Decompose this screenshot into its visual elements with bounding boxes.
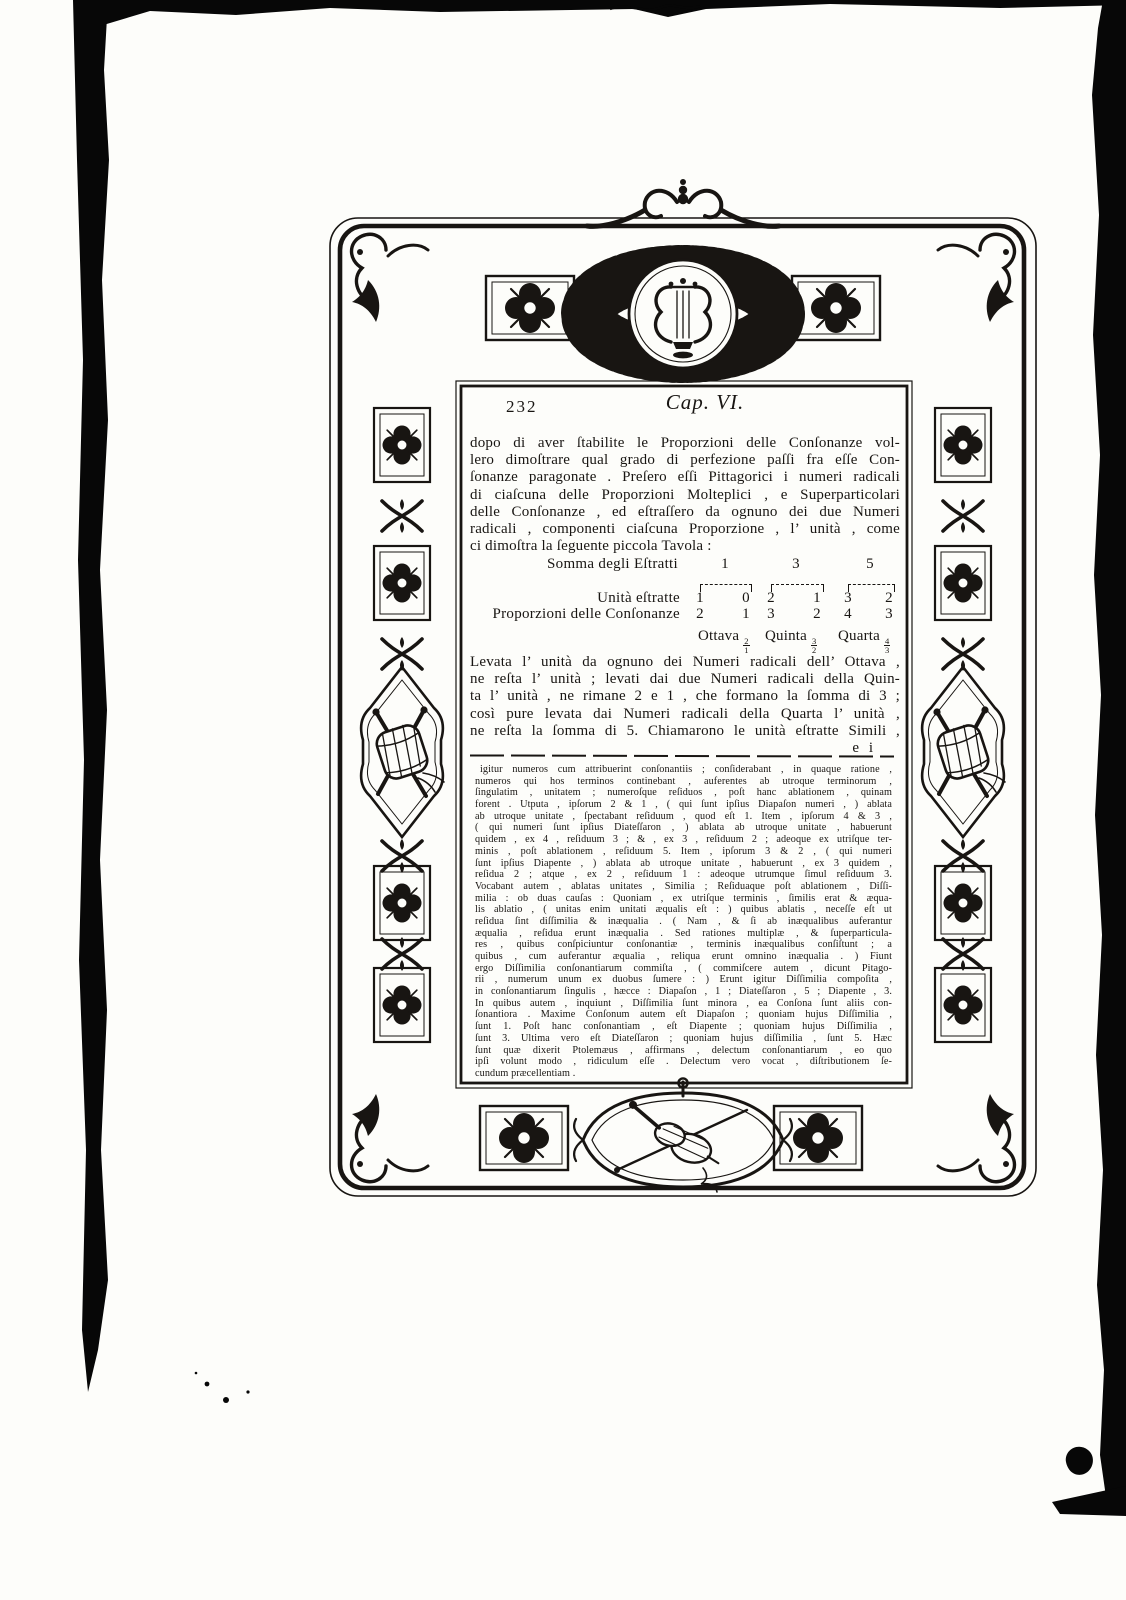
table-value: 5 [863, 556, 877, 573]
chapter-heading: Cap. VI. [510, 394, 900, 411]
footnote-line: ( qui numeri ſunt ipſius Diateſſaron , )… [475, 822, 892, 834]
table-value: 1 [718, 556, 732, 573]
interval-name: Quarta [838, 628, 880, 644]
footnote-line: quibus , cum auferantur æqualia , reliqu… [475, 951, 892, 963]
table-value: 3 [882, 606, 896, 623]
latin-footnote: igitur numeros cum attribuerint conſonan… [475, 764, 892, 1080]
quatrefoil-flower-right-1 [935, 408, 991, 482]
footnote-line: æqualia , reſidua erunt inæqualia . Sed … [475, 928, 892, 940]
interval-ottava: Ottava21 [698, 628, 750, 654]
drum-trophy-right [922, 667, 1005, 837]
footnote-line: forent . Utputa , ipſorum 2 & 1 , ( qui … [475, 799, 892, 811]
footnote-line: ipſi volunt modo , ridiculum eſſe . Dele… [475, 1056, 892, 1068]
footnote-line: ſunt quæ dixerit Ptolemæus , affirmans ,… [475, 1045, 892, 1057]
interval-name: Ottava [698, 628, 739, 644]
footnote-line: ſonantiora . Maxime Conſonum autem eſt D… [475, 1009, 892, 1021]
footnote-line: in conſonantiarum ſingulis , hæcce : Dia… [475, 986, 892, 998]
text-block: 232 Cap. VI. dopo di aver ſtabilite le P… [470, 392, 900, 1092]
interval-ratio: 43 [884, 637, 890, 654]
ratio-denominator: 3 [884, 646, 890, 654]
footnote-line: minis , poſt ablationem , reſiduum 5. It… [475, 846, 892, 858]
text-line: lero dimoſtrare qual grado di perfezione… [470, 452, 900, 469]
table-value: 1 [693, 590, 707, 607]
footnote-line: ſunt 1. Poſt hanc conſonantiam , eſt Dia… [475, 1021, 892, 1033]
table-value: 3 [841, 590, 855, 607]
footnote-line: numeros qui hos terminos continebant , a… [475, 776, 892, 788]
text-line: di ciaſcuna delle Proporzioni Molteplici… [470, 487, 900, 504]
scanned-book-page: { "page": { "number": "232", "chapter_he… [0, 0, 1126, 1600]
table-value: 2 [693, 606, 707, 623]
footnote-line: reſidua ſint diſſimilia & inæqualia . ( … [475, 916, 892, 928]
quatrefoil-flower-left-3 [374, 866, 430, 940]
violin-cartouche [574, 1078, 792, 1192]
lyre-sunburst-medallion [588, 260, 778, 368]
text-line: così pure levata dai Numeri radicali del… [470, 706, 900, 723]
footnote-line: lis ablatio , ( unitas enim unitati æqua… [475, 904, 892, 916]
interval-quinta: Quinta32 [765, 628, 817, 654]
footnote-line: milia : ob duas cauſas : Quoniam , ex ut… [475, 893, 892, 905]
scan-corner-bottom-right [1052, 1486, 1126, 1516]
ribbon-cross-left-4 [382, 937, 422, 971]
footnote-line: ab utroque unitate , ſpectabant reſiduum… [475, 811, 892, 823]
ratio-denominator: 2 [811, 646, 817, 654]
ink-speck [246, 1390, 249, 1393]
table-value: 2 [882, 590, 896, 607]
ink-speck [195, 1372, 198, 1375]
quatrefoil-flower-bottom-right [774, 1106, 862, 1170]
table-value: 3 [764, 606, 778, 623]
quatrefoil-flower-right-4 [935, 968, 991, 1042]
table-value: 0 [739, 590, 753, 607]
crest-ornament [587, 179, 779, 226]
footnote-line: In quibus autem , inquiunt , Diſſimilia … [475, 998, 892, 1010]
corner-scroll-bottom-left [352, 1094, 429, 1182]
paragraph-1: dopo di aver ſtabilite le Proporzioni de… [470, 435, 900, 555]
footnote-line: res , quibus conſpiciuntur conſonantiæ ,… [475, 939, 892, 951]
quatrefoil-flower-right-2 [935, 546, 991, 620]
text-line: Levata l’ unità da ognuno dei Numeri rad… [470, 654, 900, 671]
row-label: Unità eſtratte [530, 590, 680, 607]
quatrefoil-flower-top-left [486, 276, 574, 340]
proportions-table: Somma degli Eſtratti 1 3 5 Unità eſtratt… [470, 554, 900, 654]
ratio-denominator: 1 [743, 646, 749, 654]
scan-edge-right [1092, 0, 1126, 1502]
ribbon-cross-left-1 [382, 499, 422, 533]
text-line: dopo di aver ſtabilite le Proporzioni de… [470, 435, 900, 452]
footnote-line: ſunt 3. Ultima vero eſt Diateſſaron ; qu… [475, 1033, 892, 1045]
quatrefoil-flower-right-3 [935, 866, 991, 940]
text-line: radicali , componenti ciaſcuna Proporzio… [470, 521, 900, 538]
row-label: Somma degli Eſtratti [510, 556, 678, 573]
ink-speck [205, 1382, 210, 1387]
corner-scroll-top-left [352, 234, 429, 322]
violin-and-bow-icon [614, 1100, 747, 1192]
ink-speck [223, 1397, 229, 1403]
corner-scroll-bottom-right [938, 1094, 1015, 1182]
text-line: ne reſta la ſomma di 5. Chiamarono le un… [470, 723, 900, 740]
quatrefoil-flower-top-right [792, 276, 880, 340]
quatrefoil-flower-left-2 [374, 546, 430, 620]
footnote-line: reſidua 2 ; atque , ex 2 , reſiduum 1 : … [475, 869, 892, 881]
text-line: ta l’ unità , ne rimane 2 e 1 , che form… [470, 688, 900, 705]
text-line: ci dimoſtra la ſeguente piccola Tavola : [470, 538, 900, 555]
table-value: 2 [810, 606, 824, 623]
ribbon-cross-right-1 [943, 499, 983, 533]
row-label: Proporzioni delle Conſonanze [470, 606, 680, 623]
ink-blot [1066, 1447, 1093, 1475]
interval-ratio: 21 [743, 637, 749, 654]
corner-scroll-top-right [938, 234, 1015, 322]
interval-name: Quinta [765, 628, 807, 644]
footnote-line: rii , numerum unum ex duobus ſumere : ) … [475, 974, 892, 986]
quatrefoil-flower-left-1 [374, 408, 430, 482]
text-line: ne reſta l’ unità ; levati dai due Numer… [470, 671, 900, 688]
footnote-line: quidem , ex 4 , reſiduum 3 ; & , ex 3 , … [475, 834, 892, 846]
footnote-line: ergo Diſſimilia conſonantiarum commiſta … [475, 963, 892, 975]
footnote-line: ſingulatim , unitatem ; numeroſque reſid… [475, 787, 892, 799]
footnote-separator-rule [470, 754, 894, 758]
drum-trophy-left [361, 667, 444, 837]
scan-edge-top [100, 0, 1126, 26]
table-value: 2 [764, 590, 778, 607]
table-value: 1 [739, 606, 753, 623]
paragraph-2: Levata l’ unità da ognuno dei Numeri rad… [470, 654, 900, 740]
scan-edge-left [73, 0, 109, 1392]
footnote-line: Vocabant autem , ablatas unitates , Simi… [475, 881, 892, 893]
footnote-line: cundum præcellentiam . [475, 1068, 892, 1080]
table-value: 1 [810, 590, 824, 607]
footnote-line: igitur numeros cum attribuerint conſonan… [475, 764, 892, 776]
table-value: 4 [841, 606, 855, 623]
footnote-line: ſunt ipſius Diapente , ) ablata ab utroq… [475, 858, 892, 870]
text-line: ſonanze paragonate . Preſero eſſi Pittag… [470, 469, 900, 486]
ribbon-cross-right-4 [943, 937, 983, 971]
interval-ratio: 32 [811, 637, 817, 654]
text-line: delle Conſonanze , ed eſtraſſero da ognu… [470, 504, 900, 521]
ribbon-cross-right-3 [943, 839, 983, 873]
ribbon-cross-left-3 [382, 839, 422, 873]
quatrefoil-flower-left-4 [374, 968, 430, 1042]
quatrefoil-flower-bottom-left [480, 1106, 568, 1170]
table-value: 3 [789, 556, 803, 573]
interval-quarta: Quarta43 [838, 628, 890, 654]
